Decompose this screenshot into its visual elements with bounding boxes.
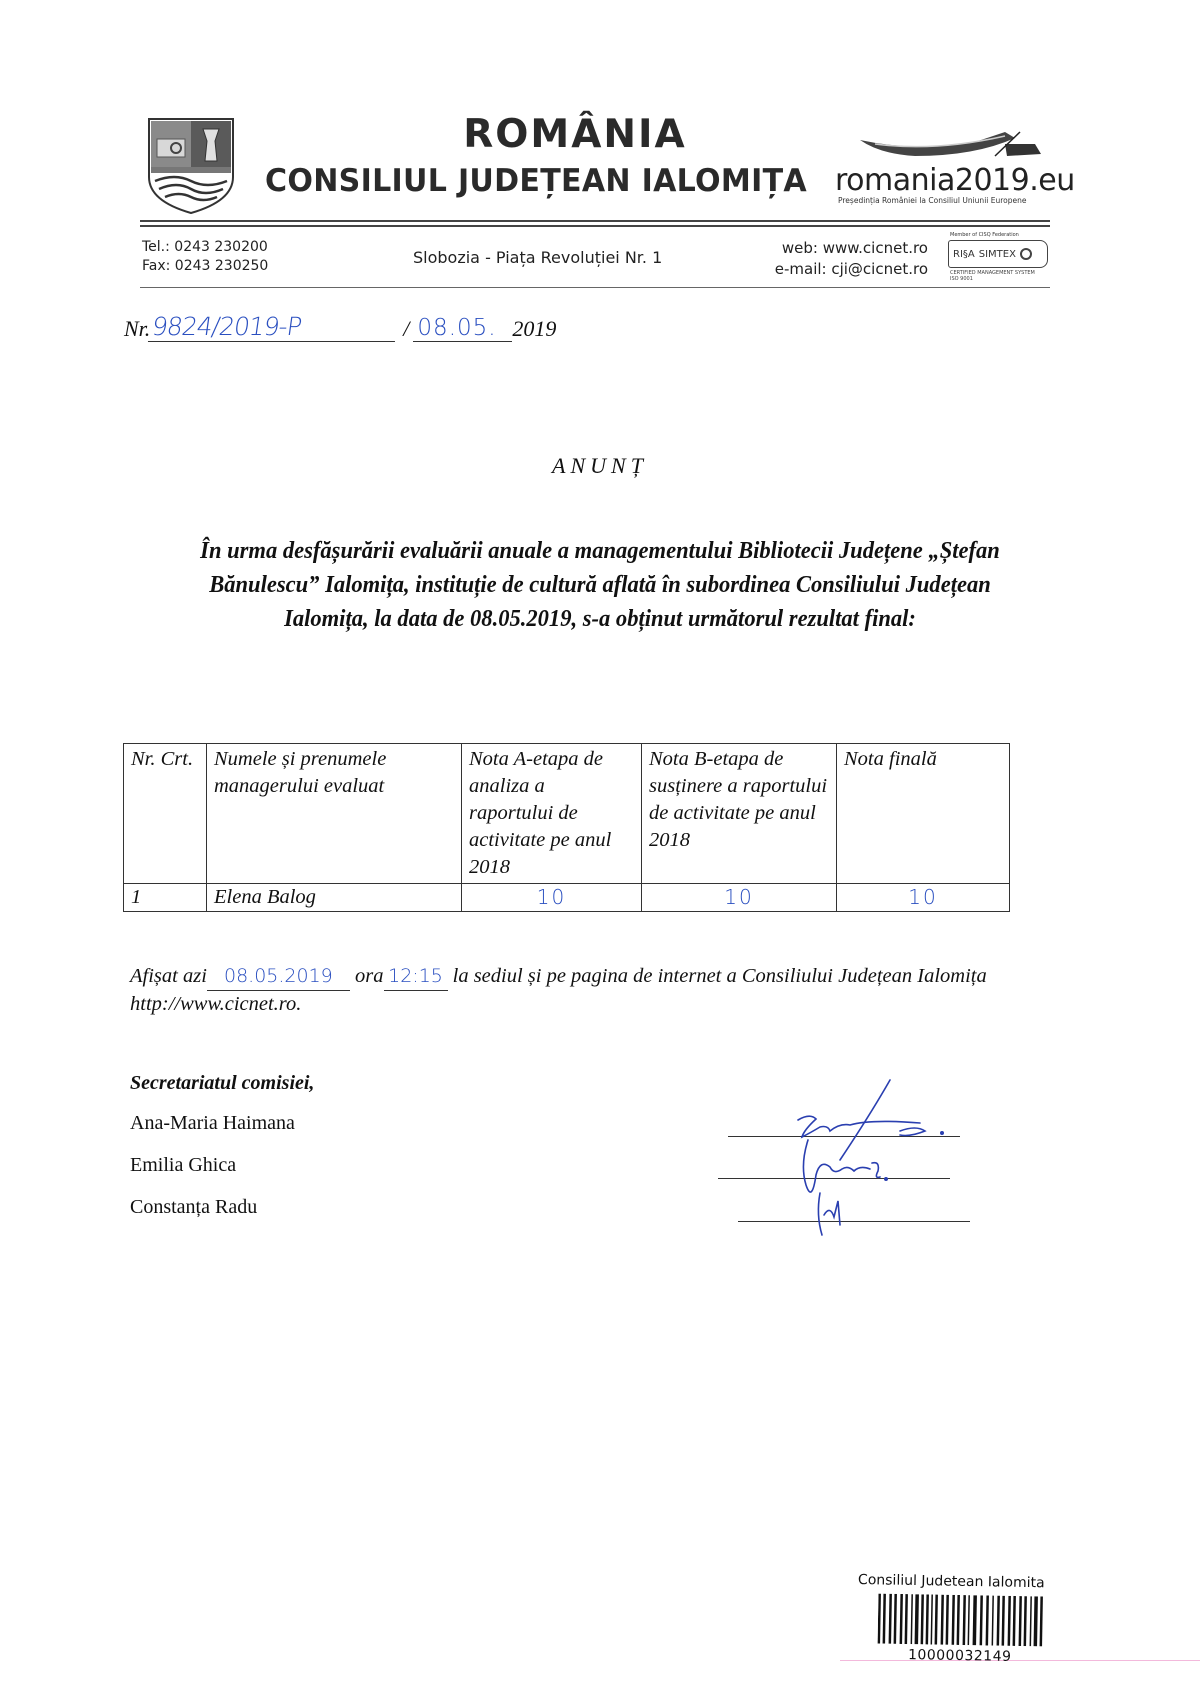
certification-standard: CERTIFIED MANAGEMENT SYSTEM ISO 9001 xyxy=(950,270,1035,282)
registration-date-handwritten: 08.05. xyxy=(413,315,512,342)
certification-member: Member of CISQ Federation xyxy=(950,232,1019,238)
nota-b-handwritten: 10 xyxy=(649,884,829,911)
certification-logo: RI§A SIMTEX xyxy=(948,240,1048,268)
results-table: Nr. Crt. Numele și prenumele managerului… xyxy=(123,743,1010,912)
header-nota-b: Nota B-etapa de susținere a raportului d… xyxy=(642,744,837,884)
barcode-icon xyxy=(878,1594,1044,1647)
announcement-intro: În urma desfășurării evaluării anuale a … xyxy=(177,534,1023,636)
table-header-row: Nr. Crt. Numele și prenumele managerului… xyxy=(124,744,1010,884)
posted-date-handwritten: 08.05.2019 xyxy=(207,963,350,991)
header-double-rule xyxy=(140,220,1050,227)
table-row: 1 Elena Balog 10 10 10 xyxy=(124,884,1010,912)
country-heading: ROMÂNIA xyxy=(0,112,1000,157)
header-nota-a: Nota A-etapa de analiza a raportului de … xyxy=(462,744,642,884)
registration-prefix: Nr. xyxy=(124,316,150,342)
posted-time-handwritten: 12:15 xyxy=(384,963,448,991)
header-nr-crt: Nr. Crt. xyxy=(124,744,207,884)
certification-badge: Member of CISQ Federation RI§A SIMTEX CE… xyxy=(948,232,1052,282)
website: web: www.cicnet.ro xyxy=(775,238,928,259)
header-bottom-rule xyxy=(140,287,1050,288)
barcode-label: Consiliul Judetean Ialomita xyxy=(858,1572,1045,1591)
secretariat-member: Emilia Ghica xyxy=(130,1154,236,1177)
registration-year: 2019 xyxy=(512,316,556,342)
cell-nr: 1 xyxy=(124,884,207,912)
posted-time-label: ora xyxy=(355,965,383,987)
ribbon-wave-logo-icon xyxy=(855,130,1045,160)
phone-number: Tel.: 0243 230200 xyxy=(142,238,268,257)
email: e-mail: cji@cicnet.ro xyxy=(775,259,928,280)
nota-a-handwritten: 10 xyxy=(469,884,634,911)
eu-presidency-site: romania2019.eu xyxy=(835,163,1075,198)
cell-nota-finala: 10 xyxy=(837,884,1010,912)
document-title: ANUNȚ xyxy=(0,453,1200,479)
cell-nota-a: 10 xyxy=(462,884,642,912)
registration-separator: / xyxy=(403,316,409,342)
registration-line: Nr. 9824/2019-P / 08.05. 2019 xyxy=(124,312,556,342)
posted-prefix: Afișat azi xyxy=(130,965,207,987)
posted-notice: Afișat azi08.05.2019 ora12:15 la sediul … xyxy=(130,963,1060,1018)
secretariat-member: Ana-Maria Haimana xyxy=(130,1112,295,1135)
nota-finala-handwritten: 10 xyxy=(844,884,1002,911)
institution-heading: CONSILIUL JUDEȚEAN IALOMIȚA xyxy=(265,163,807,199)
certification-brand-left: RI§A xyxy=(953,249,975,260)
address: Slobozia - Piața Revoluției Nr. 1 xyxy=(413,248,662,267)
scan-margin-line xyxy=(840,1660,1200,1661)
certification-iso: ISO 9001 xyxy=(950,276,1035,282)
barcode-number: 10000032149 xyxy=(908,1647,1012,1665)
cell-manager-name: Elena Balog xyxy=(207,884,462,912)
secretariat-member: Constanța Radu xyxy=(130,1196,257,1219)
header-nota-finala: Nota finală xyxy=(837,744,1010,884)
certification-brand-right: SIMTEX xyxy=(979,249,1016,260)
phone-fax-block: Tel.: 0243 230200 Fax: 0243 230250 xyxy=(142,238,268,276)
handwritten-signatures xyxy=(720,1075,980,1245)
web-email-block: web: www.cicnet.ro e-mail: cji@cicnet.ro xyxy=(775,238,928,280)
fax-number: Fax: 0243 230250 xyxy=(142,257,268,276)
iqnet-circle-icon xyxy=(1020,248,1032,260)
header-manager-name: Numele și prenumele managerului evaluat xyxy=(207,744,462,884)
secretariat-heading: Secretariatul comisiei, xyxy=(130,1072,314,1095)
registration-number-handwritten: 9824/2019-P xyxy=(148,312,399,342)
eu-presidency-subtitle: Președinția României la Consiliul Uniuni… xyxy=(838,196,1026,205)
cell-nota-b: 10 xyxy=(642,884,837,912)
